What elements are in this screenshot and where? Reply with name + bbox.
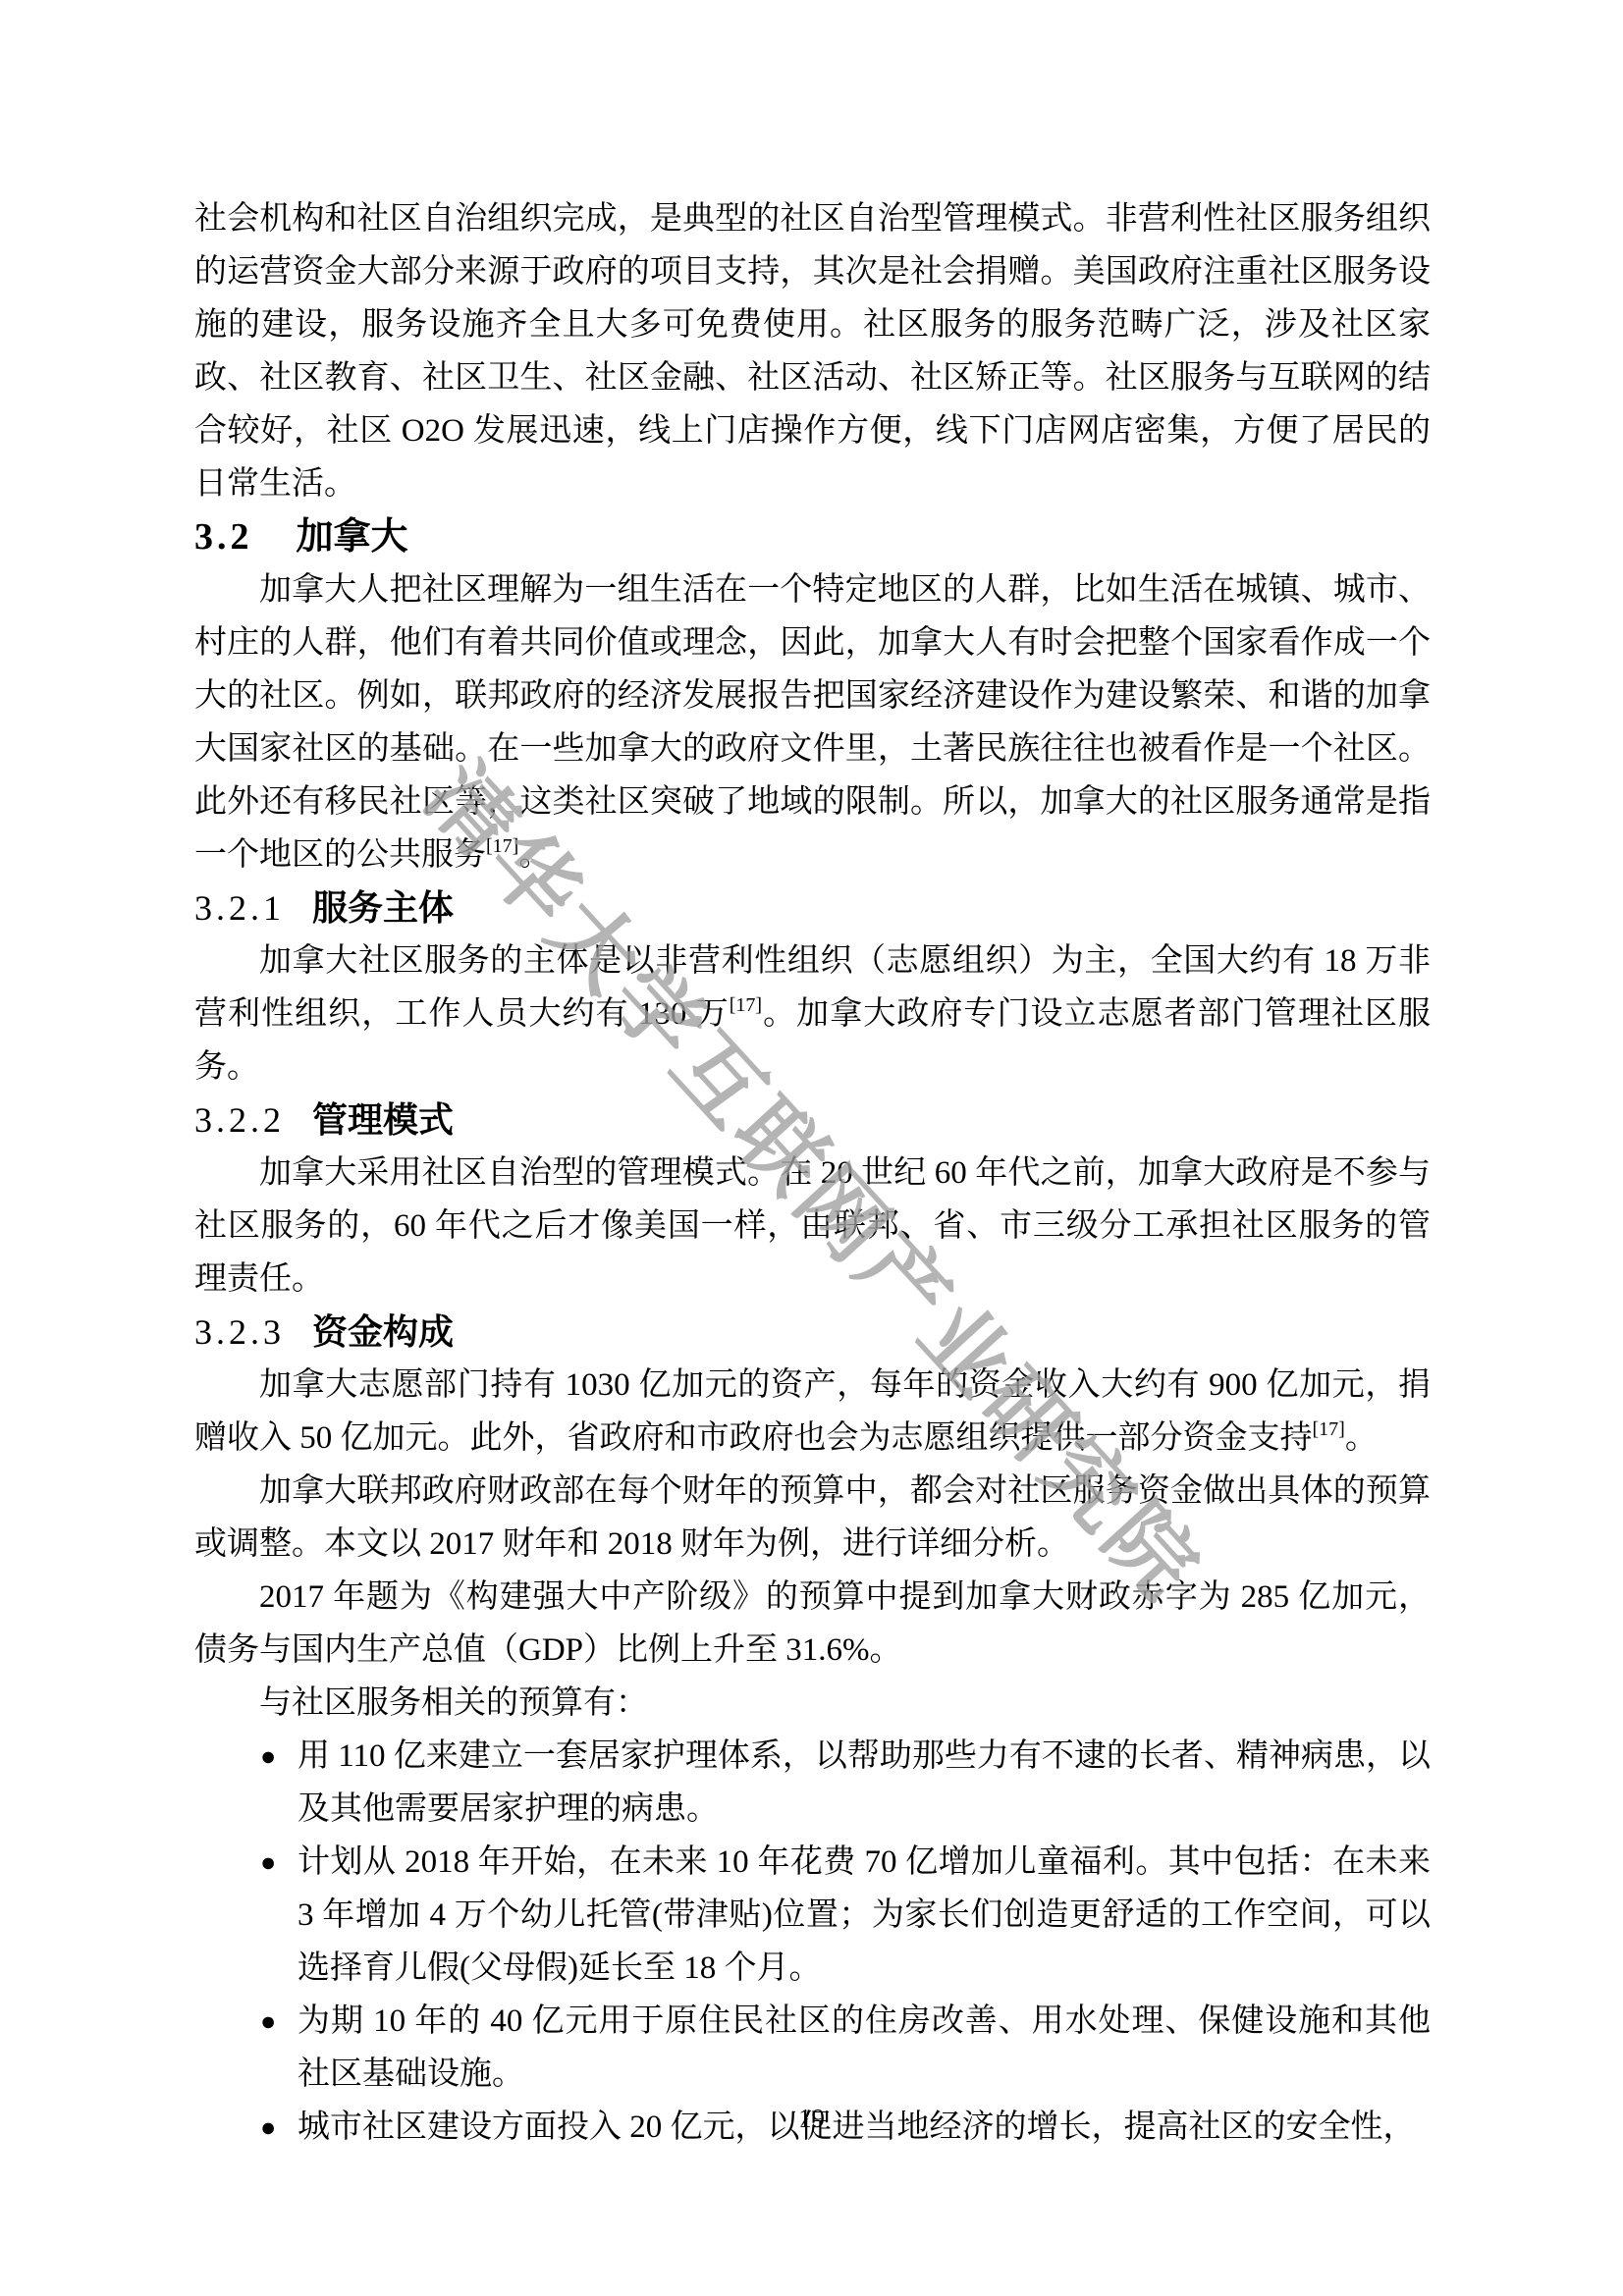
text-run: 与社区服务相关的预算有： bbox=[259, 1685, 648, 1721]
bullet-item: ●为期 10 年的 40 亿元用于原住民社区的住房改善、用水处理、保健设施和其他… bbox=[194, 1995, 1431, 2101]
text-run: 。 bbox=[518, 837, 551, 873]
text-run: 计划从 2018 年开始，在未来 10 年花费 70 亿增加儿童福利。其中包括：… bbox=[298, 1844, 1431, 1986]
text-run: 社会机构和社区自治组织完成，是典型的社区自治型管理模式。非营利性社区服务组织的运… bbox=[194, 201, 1431, 502]
text-run: 加拿大联邦政府财政部在每个财年的预算中，都会对社区服务资金做出具体的预算或调整。… bbox=[194, 1473, 1431, 1562]
bullet-icon: ● bbox=[260, 1730, 276, 1783]
heading-title: 加拿大 bbox=[297, 516, 408, 558]
page-number: 19 bbox=[0, 2104, 1623, 2134]
paragraph: 加拿大人把社区理解为一组生活在一个特定地区的人群，比如生活在城镇、城市、村庄的人… bbox=[194, 563, 1431, 881]
paragraph: 加拿大采用社区自治型的管理模式。在 20 世纪 60 年代之前，加拿大政府是不参… bbox=[194, 1147, 1431, 1306]
heading-title: 管理模式 bbox=[312, 1100, 454, 1140]
text-run: 。 bbox=[1345, 1420, 1378, 1456]
bullet-icon: ● bbox=[260, 1995, 276, 2048]
heading-title: 资金构成 bbox=[312, 1312, 454, 1352]
heading-number: 3.2 bbox=[194, 516, 253, 558]
heading-title: 服务主体 bbox=[312, 888, 454, 928]
bullet-icon: ● bbox=[260, 1836, 276, 1889]
section-heading-3.2.2: 3.2.2管理模式 bbox=[194, 1094, 1431, 1147]
text-run: 加拿大采用社区自治型的管理模式。在 20 世纪 60 年代之前，加拿大政府是不参… bbox=[194, 1155, 1431, 1297]
text-run: 加拿大志愿部门持有 1030 亿加元的资产，每年的资金收入大约有 900 亿加元… bbox=[194, 1367, 1431, 1456]
bullet-text: 用 110 亿来建立一套居家护理体系，以帮助那些力有不逮的长者、精神病患，以及其… bbox=[298, 1730, 1431, 1836]
text-run: 为期 10 年的 40 亿元用于原住民社区的住房改善、用水处理、保健设施和其他社… bbox=[298, 2003, 1431, 2092]
paragraph: 社会机构和社区自治组织完成，是典型的社区自治型管理模式。非营利性社区服务组织的运… bbox=[194, 192, 1431, 510]
text-run: 加拿大人把社区理解为一组生活在一个特定地区的人群，比如生活在城镇、城市、村庄的人… bbox=[194, 572, 1431, 873]
bullet-text: 为期 10 年的 40 亿元用于原住民社区的住房改善、用水处理、保健设施和其他社… bbox=[298, 1995, 1431, 2101]
heading-number: 3.2.2 bbox=[194, 1100, 285, 1140]
paragraph: 加拿大联邦政府财政部在每个财年的预算中，都会对社区服务资金做出具体的预算或调整。… bbox=[194, 1465, 1431, 1571]
footnote-reference: [17] bbox=[1313, 1418, 1345, 1440]
text-run: 2017 年题为《构建强大中产阶级》的预算中提到加拿大财政赤字为 285 亿加元… bbox=[194, 1579, 1431, 1668]
footnote-reference: [17] bbox=[730, 994, 762, 1016]
section-heading-3.2: 3.2加拿大 bbox=[194, 510, 1431, 563]
heading-number: 3.2.1 bbox=[194, 888, 285, 928]
document-page: 清华大学互联网产业研究院 社会机构和社区自治组织完成，是典型的社区自治型管理模式… bbox=[0, 0, 1623, 2296]
paragraph: 与社区服务相关的预算有： bbox=[194, 1677, 1431, 1730]
text-block: 社会机构和社区自治组织完成，是典型的社区自治型管理模式。非营利性社区服务组织的运… bbox=[194, 192, 1431, 2154]
section-heading-3.2.1: 3.2.1服务主体 bbox=[194, 881, 1431, 934]
section-heading-3.2.3: 3.2.3资金构成 bbox=[194, 1306, 1431, 1359]
paragraph: 加拿大志愿部门持有 1030 亿加元的资产，每年的资金收入大约有 900 亿加元… bbox=[194, 1359, 1431, 1465]
paragraph: 2017 年题为《构建强大中产阶级》的预算中提到加拿大财政赤字为 285 亿加元… bbox=[194, 1571, 1431, 1677]
heading-number: 3.2.3 bbox=[194, 1312, 285, 1352]
footnote-reference: [17] bbox=[486, 835, 518, 857]
bullet-text: 计划从 2018 年开始，在未来 10 年花费 70 亿增加儿童福利。其中包括：… bbox=[298, 1836, 1431, 1995]
text-run: 用 110 亿来建立一套居家护理体系，以帮助那些力有不逮的长者、精神病患，以及其… bbox=[298, 1738, 1431, 1827]
paragraph: 加拿大社区服务的主体是以非营利性组织（志愿组织）为主，全国大约有 18 万非营利… bbox=[194, 934, 1431, 1094]
bullet-item: ●用 110 亿来建立一套居家护理体系，以帮助那些力有不逮的长者、精神病患，以及… bbox=[194, 1730, 1431, 1836]
bullet-item: ●计划从 2018 年开始，在未来 10 年花费 70 亿增加儿童福利。其中包括… bbox=[194, 1836, 1431, 1995]
